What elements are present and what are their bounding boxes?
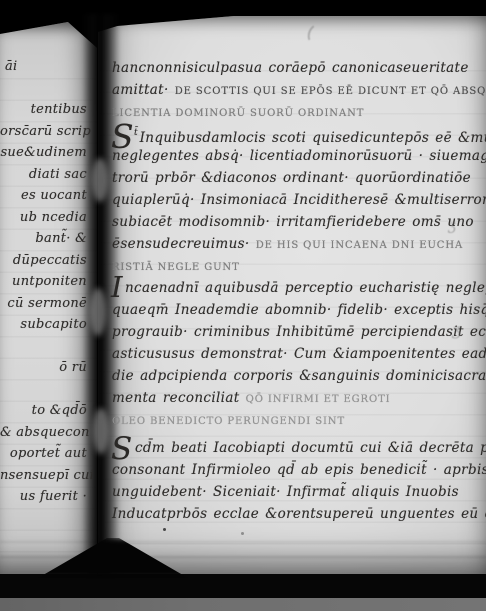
text-run: OLEO BENEDICTO PERUNGENDI SINT xyxy=(112,416,345,427)
text-run: QŌ INFIRMI ET EGROTI xyxy=(246,394,391,405)
left-fragment-line xyxy=(0,336,90,358)
text-run: hancnonnisiculpasua corāepō canonicaseue… xyxy=(112,60,469,76)
manuscript-line: prograuib· criminibus Inhibitūmē percipi… xyxy=(112,320,484,342)
right-page-text-block: hancnonnisiculpasua corāepō canonicaseue… xyxy=(112,56,484,524)
left-fragment-line: orsc̄arū scrip xyxy=(0,121,90,143)
manuscript-photo: āitentibusorsc̄arū scripsue&udinemdiati … xyxy=(0,0,486,611)
text-run: cd̄m beati Iacobiapti documtū cui &iā de… xyxy=(135,440,486,456)
manuscript-line: St̃Inquibusdamlocis scoti quisedicuntepō… xyxy=(112,122,484,144)
text-run: DE SCOTTIS QUI SE EPŌS EĒ DICUNT ET QŌ A… xyxy=(175,86,486,97)
ink-speck xyxy=(163,528,166,531)
text-run: Inducatprbōs ecclae &orentsupereū unguen… xyxy=(112,506,486,522)
left-fragment-line xyxy=(0,78,90,100)
manuscript-line: trorū prbōr &diaconos ordinant· quorūord… xyxy=(112,166,484,188)
left-fragment-line: subcapito xyxy=(0,314,90,336)
text-run: trorū prbōr &diaconos ordinant· quorūord… xyxy=(112,170,471,186)
manuscript-line: RISTIĀ NEGLE GUNT xyxy=(112,254,484,276)
manuscript-line: amittat· DE SCOTTIS QUI SE EPŌS EĒ DICUN… xyxy=(112,78,484,100)
left-fragment-line: ub ncedia xyxy=(0,207,90,229)
manuscript-line: menta reconciliat QŌ INFIRMI ET EGROTI xyxy=(112,386,484,408)
text-run: consonant Infirmioleo qd̄ ab epis benedi… xyxy=(112,462,486,478)
manuscript-line: asticususus demonstrat· Cum &iampoeniten… xyxy=(112,342,484,364)
left-page-text-fragments: āitentibusorsc̄arū scripsue&udinemdiati … xyxy=(0,56,90,508)
left-fragment-line: to &qd̄ō xyxy=(0,400,90,422)
text-run: subiacēt modisomnib· irritamfieridebere … xyxy=(112,214,474,230)
manuscript-line: OLEO BENEDICTO PERUNGENDI SINT xyxy=(112,408,484,430)
text-run: prograuib· criminibus Inhibitūmē percipi… xyxy=(112,324,486,340)
manuscript-line: Scd̄m beati Iacobiapti documtū cui &iā d… xyxy=(112,436,484,458)
left-fragment-line xyxy=(0,379,90,401)
text-run: ncaenadnī aquibusdā perceptio eucharisti… xyxy=(125,280,486,296)
manuscript-line: quaeqm̄ Ineademdie abomnib· fidelib· exc… xyxy=(112,298,484,320)
vellum-fold-highlight xyxy=(92,158,108,202)
left-fragment-line: oportet̃ aut xyxy=(0,443,90,465)
left-fragment-line: us fuerit · xyxy=(0,486,90,508)
text-run: amittat· xyxy=(112,82,175,98)
text-run: DE HIS QUI INCAENA DNI EUCHA xyxy=(256,240,463,251)
margin-squiggle-mark: ʒ xyxy=(452,320,461,339)
left-fragment-line: dūpeccatis xyxy=(0,250,90,272)
manuscript-line: Incaenadnī aquibusdā perceptio eucharist… xyxy=(112,276,484,298)
left-fragment-line: sue&udinem xyxy=(0,142,90,164)
text-run: asticususus demonstrat· Cum &iampoeniten… xyxy=(112,346,486,362)
left-fragment-line: untponiten xyxy=(0,271,90,293)
vellum-fold-highlight xyxy=(90,288,106,336)
left-fragment-line: ō rū xyxy=(0,357,90,379)
text-run: menta reconciliat xyxy=(112,390,246,406)
text-run: die adpcipienda corporis &sanguinis domi… xyxy=(112,368,486,384)
text-run: LICENTIA DOMINORŪ SUORŪ ORDINANT xyxy=(112,108,364,119)
left-fragment-line: diati sac xyxy=(0,164,90,186)
table-background-strip xyxy=(0,597,486,611)
left-fragment-line: āi xyxy=(0,56,90,78)
left-fragment-line: bant̃· & xyxy=(0,228,90,250)
left-fragment-line: & absquecon xyxy=(0,422,90,444)
manuscript-line: consonant Infirmioleo qd̄ ab epis benedi… xyxy=(112,458,484,480)
vellum-fold-highlight xyxy=(93,408,109,454)
margin-squiggle-mark: ʒ xyxy=(448,218,456,234)
left-fragment-line: es uocant xyxy=(0,185,90,207)
text-run: unguidebent· Siceniait· Infirmat̃ aliqui… xyxy=(112,484,459,500)
manuscript-line: LICENTIA DOMINORŪ SUORŪ ORDINANT xyxy=(112,100,484,122)
manuscript-line: Inducatprbōs ecclae &orentsupereū unguen… xyxy=(112,502,484,524)
left-fragment-line: nsensuepī cui xyxy=(0,465,90,487)
text-run: ēsensudecreuimus· xyxy=(112,236,256,252)
left-fragment-line: tentibus xyxy=(0,99,90,121)
text-run: neglegentes absq̇· licentiadominorūsuorū… xyxy=(112,148,486,164)
manuscript-line: unguidebent· Siceniait· Infirmat̃ aliqui… xyxy=(112,480,484,502)
ink-speck xyxy=(241,532,244,535)
manuscript-line: subiacēt modisomnib· irritamfieridebere … xyxy=(112,210,484,232)
manuscript-line: ēsensudecreuimus· DE HIS QUI INCAENA DNI… xyxy=(112,232,484,254)
text-run: t̃ xyxy=(134,128,138,138)
text-run: quaeqm̄ Ineademdie abomnib· fidelib· exc… xyxy=(112,302,486,318)
left-fragment-line: cū sermonē xyxy=(0,293,90,315)
manuscript-line: neglegentes absq̇· licentiadominorūsuorū… xyxy=(112,144,484,166)
manuscript-line: die adpcipienda corporis &sanguinis domi… xyxy=(112,364,484,386)
manuscript-line: quiaplerūq̇· Insimoniacā Inciditheresē &… xyxy=(112,188,484,210)
text-run: quiaplerūq̇· Insimoniacā Inciditheresē &… xyxy=(112,192,486,208)
text-run: RISTIĀ NEGLE GUNT xyxy=(112,262,240,273)
manuscript-line: hancnonnisiculpasua corāepō canonicaseue… xyxy=(112,56,484,78)
